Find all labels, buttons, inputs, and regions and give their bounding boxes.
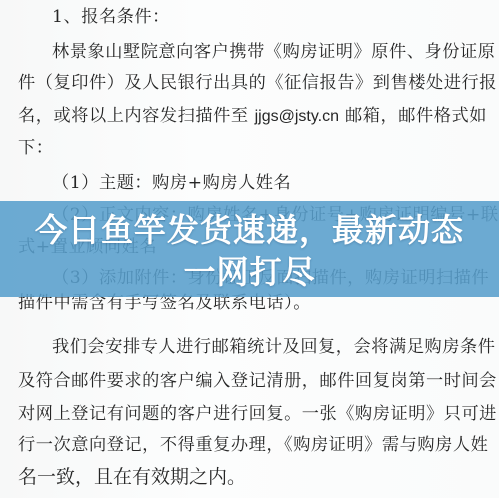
paragraph-line: 行一次意向登记，不得重复办理，《购房证明》需与购房人姓 — [18, 434, 488, 456]
paragraph-line: 名一致，且在有效期之内。 — [18, 466, 246, 488]
paragraph-line: 我们会安排专人进行邮箱统计及回复，会将满足购房条件 — [52, 336, 495, 358]
banner-title-line-1: 今日鱼竿发货速递，最新动态 — [0, 209, 499, 251]
email-address: jjgs@jsty.cn — [255, 108, 339, 125]
paragraph-line-with-email: 名，或将以上内容发扫描件至 jjgs@jsty.cn 邮箱，邮件格式如 — [18, 105, 487, 128]
paragraph-line: 件（复印件）及人民银行出具的《征信报告》到售楼处进行报 — [18, 72, 497, 94]
paragraph-line: 林景象山墅院意向客户携带《购房证明》原件、身份证原 — [52, 41, 495, 63]
paragraph-line: 下： — [18, 137, 53, 159]
paragraph-text: 邮箱，邮件格式如 — [339, 106, 487, 126]
paragraph-line: 及符合邮件要求的客户编入登记清册，邮件回复岗第一时间会 — [18, 370, 497, 392]
list-item-subject: （1）主题：购房+购房人姓名 — [52, 172, 291, 194]
banner-title-line-2: 一网打尽 — [0, 252, 499, 292]
paragraph-text: 名，或将以上内容发扫描件至 — [18, 106, 255, 126]
paragraph-line: 对网上登记有问题的客户进行回复。一张《购房证明》只可进 — [18, 403, 497, 425]
section-heading: 1、报名条件： — [52, 6, 170, 28]
